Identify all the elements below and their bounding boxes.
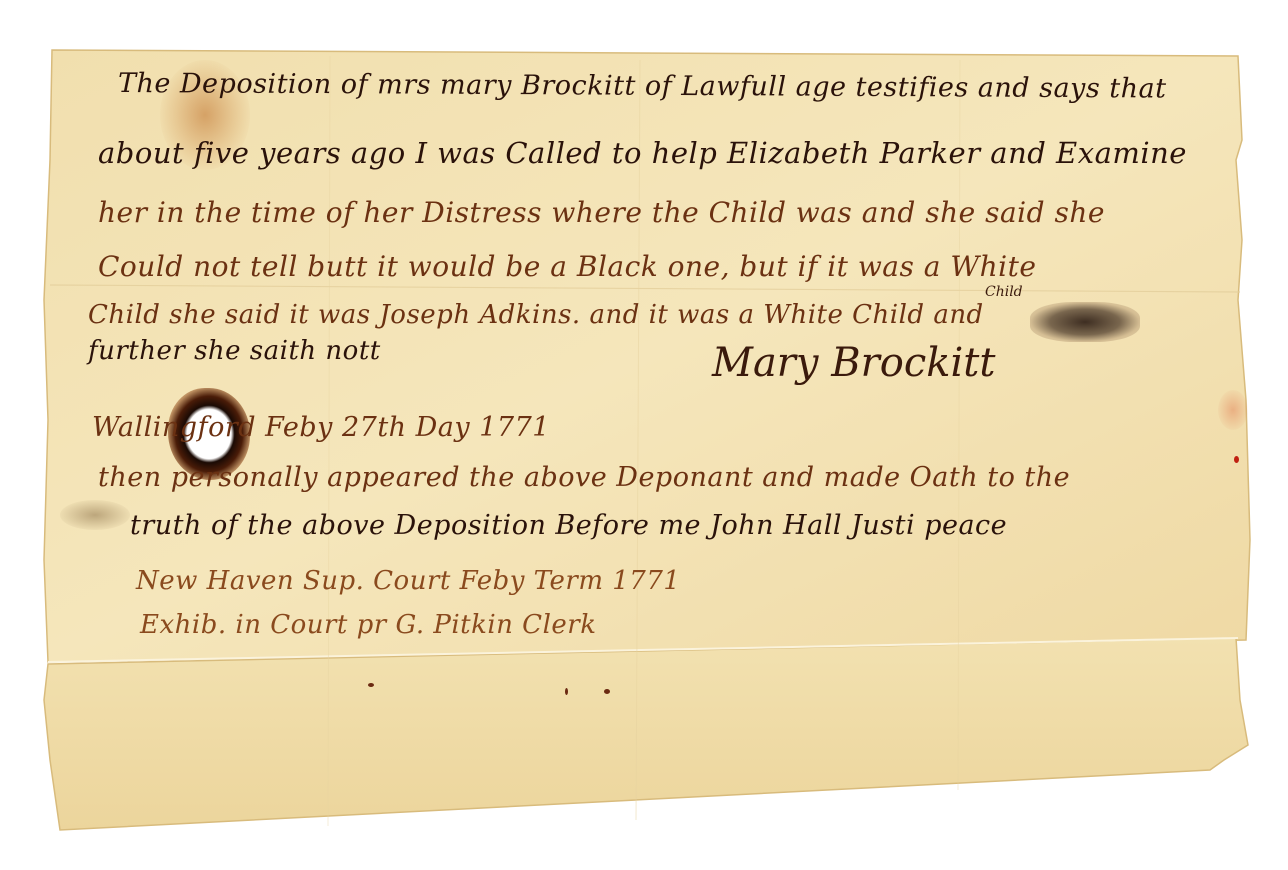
document-paper: The Deposition of mrs mary Brockitt of L… xyxy=(0,0,1288,870)
endorsement-line-2: Exhib. in Court pr G. Pitkin Clerk xyxy=(140,610,596,640)
body-line-1: The Deposition of mrs mary Brockitt of L… xyxy=(118,68,1167,104)
endorsement-line-1: New Haven Sup. Court Feby Term 1771 xyxy=(136,566,680,596)
jurat-date-line: Wallingford Feby 27th Day 1771 xyxy=(92,412,550,443)
body-line-3: her in the time of her Distress where th… xyxy=(98,196,1105,229)
interlinear-insertion: Child xyxy=(985,284,1023,300)
jurat-line-1: then personally appeared the above Depon… xyxy=(98,462,1070,493)
body-line-4: Could not tell butt it would be a Black … xyxy=(98,250,1036,283)
body-line-6: further she saith nott xyxy=(88,336,381,366)
body-line-5: Child she said it was Joseph Adkins. and… xyxy=(88,300,984,330)
jurat-line-2: truth of the above Deposition Before me … xyxy=(130,510,1007,541)
struck-out-word xyxy=(1030,302,1140,342)
deponent-signature: Mary Brockitt xyxy=(712,340,995,386)
body-line-2: about five years ago I was Called to hel… xyxy=(98,136,1187,170)
